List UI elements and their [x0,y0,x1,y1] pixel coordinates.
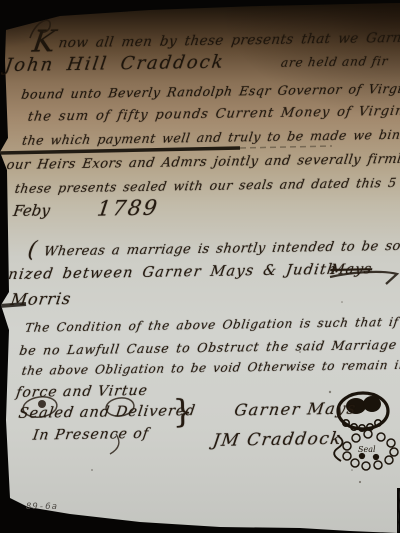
marriage-clause-line-2: nized between Garner Mays & Judith [7,262,338,283]
date-year: 1789 [96,196,161,221]
condition-line-2: be no Lawfull Cause to Obstruct the said… [18,336,400,358]
marriage-clause-line-1: Whereas a marriage is shortly intended t… [43,238,400,259]
condition-line-4: force and Virtue [15,383,149,401]
bond-line-2-name: John Hill Craddock [4,52,227,76]
condition-line-3: the above Obligation to be void Otherwis… [21,357,400,377]
bond-line-5: the which payment well and truly to be m… [21,126,400,148]
witness-bracket: } [172,392,193,430]
witness-attestation-line-2: In Presence of [32,426,150,444]
crossed-out-word: Mays [329,261,373,278]
witness-attestation-line-1: Sealed and Delivered [17,403,196,422]
bond-line-4: the sum of fifty pounds Current Money of… [27,104,400,125]
signature-jm-craddock: JM Craddock [212,429,344,451]
bond-line-3: bound unto Beverly Randolph Esqr Governo… [20,80,400,102]
bond-line-7: these presents sealed with our seals and… [14,174,400,196]
bond-line-1: now all men by these presents that we Ga… [58,29,400,51]
document-photograph: Seal K now all men by these presents tha… [0,0,400,533]
signature-garner-mays: Garner Mays [233,399,358,420]
condition-line-1: The Condition of the above Obligation is… [24,314,400,334]
handwritten-text-layer: K now all men by these presents that we … [0,0,400,533]
marriage-clause-line-3: Morris [9,289,72,309]
archive-corner-note: 89-6a [26,502,58,512]
date-month: Feby [12,201,51,220]
bond-line-2-right: are held and fir [280,54,389,70]
bond-line-6: our Heirs Exors and Admrs jointly and se… [6,151,400,173]
paragraph-open-flourish: ( [26,238,38,263]
